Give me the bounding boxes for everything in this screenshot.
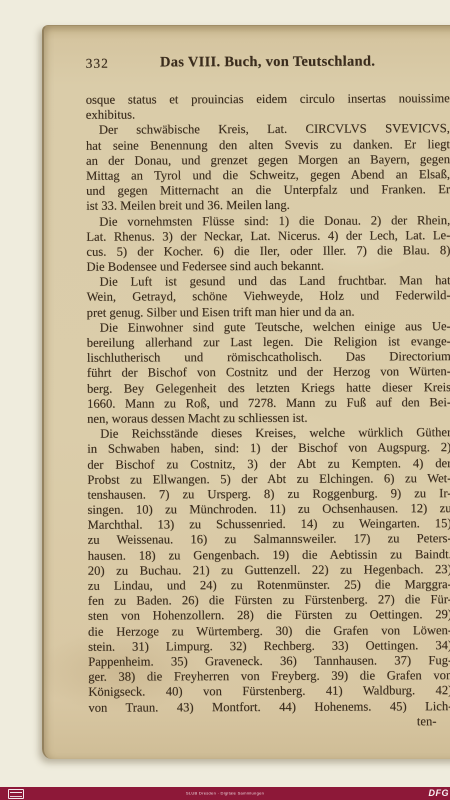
- body-line: osque status et prouincias eidem circulo…: [86, 91, 450, 108]
- page-content: 332 Das VIII. Buch, von Teutschland. osq…: [42, 25, 450, 759]
- body-line: zu Weissenau. 16) zu Salmannsweiler. 17)…: [88, 532, 450, 549]
- text-column: osque status et prouincias eidem circulo…: [86, 91, 450, 730]
- body-line: die Herzoge zu Würtemberg. 30) die Grafe…: [88, 623, 450, 640]
- body-line: hausen. 18) zu Gengenbach. 19) die Aebti…: [88, 547, 450, 564]
- watermark-text: SLUB Dresden · Digitale Sammlungen: [124, 791, 327, 797]
- body-line: Königseck. 40) von Fürstenberg. 41) Wald…: [88, 683, 450, 700]
- body-line: an der Donau, und grenzet gegen Morgen a…: [86, 152, 450, 169]
- body-line: fen zu Baden. 26) die Fürsten zu Fürsten…: [88, 592, 450, 609]
- body-line: stein. 31) Limpurg. 32) Rechberg. 33) Oe…: [88, 638, 450, 655]
- body-line: Der schwäbische Kreis, Lat. CIRCVLVS SVE…: [86, 122, 450, 139]
- body-line: und gegen Mitternacht an die Unterpfalz …: [86, 182, 450, 199]
- dfg-logo-icon: DFG: [429, 788, 450, 798]
- body-line: singen. 10) zu Münchroden. 11) zu Ochsen…: [87, 501, 450, 518]
- body-line: führt der Bischof von Costnitz und der H…: [87, 365, 450, 382]
- body-line: Die Reichsstände dieses Kreises, welche …: [87, 425, 450, 442]
- body-line: pret genug. Silber und Eisen trift man h…: [87, 304, 450, 321]
- body-line: berg. Bey Gelegenheit des letzten Kriegs…: [87, 380, 450, 397]
- body-line: 20) zu Buchau. 21) zu Guttenzell. 22) zu…: [88, 562, 450, 579]
- body-line: Wein, Getrayd, schöne Viehweyde, Holz un…: [87, 289, 450, 306]
- body-line: Die Luft ist gesund und das Land fruchtb…: [86, 273, 450, 290]
- library-logo-icon: [8, 789, 24, 799]
- body-line: 1660. Mann zu Roß, und 7278. Mann zu Fuß…: [87, 395, 450, 412]
- body-line: Probst zu Ellwangen. 5) der Abt zu Elchi…: [87, 471, 450, 488]
- body-line: Die Bodensee und Federsee sind auch beka…: [86, 258, 450, 275]
- body-line: Die Einwohner sind gute Teutsche, welche…: [87, 319, 450, 336]
- body-line: der Bischof zu Costnitz, 3) der Abt zu K…: [87, 456, 450, 473]
- body-line: lischlutherisch und römischcatholisch. D…: [87, 349, 450, 366]
- catchword: ten-: [88, 714, 450, 731]
- body-line: Pappenheim. 35) Graveneck. 36) Tannhause…: [88, 653, 450, 670]
- body-line: cus. 5) der Kocher. 6) die Iler, oder Il…: [86, 243, 450, 260]
- body-line: Mittag an Tyrol und die Schweitz, gegen …: [86, 167, 450, 184]
- body-line: bereilung allerhand zur Last legen. Die …: [87, 334, 450, 351]
- body-line: sten von Hohenzollern. 28) die Fürsten z…: [88, 608, 450, 625]
- body-line: Marchthal. 13) zu Schussenried. 14) zu W…: [88, 516, 450, 533]
- body-line: nen, woraus dessen Macht zu schliessen i…: [87, 410, 450, 427]
- body-line: zu Lindau, und 24) zu Rotenmünster. 25) …: [88, 577, 450, 594]
- body-line: von Traun. 43) Montfort. 44) Hohenems. 4…: [88, 699, 450, 716]
- digitization-watermark-bar: SLUB Dresden · Digitale Sammlungen DFG: [0, 787, 450, 800]
- body-line: tenshausen. 7) zu Ursperg. 8) zu Roggenb…: [87, 486, 450, 503]
- body-line: ist 33. Meilen breit und 36. Meilen lang…: [86, 197, 450, 214]
- book-page: 332 Das VIII. Buch, von Teutschland. osq…: [42, 25, 450, 759]
- body-line: hat seine Benennung den alten Svevis zu …: [86, 137, 450, 154]
- body-line: Lat. Rhenus. 3) der Neckar, Lat. Nicerus…: [86, 228, 450, 245]
- running-header: Das VIII. Buch, von Teutschland.: [86, 53, 450, 72]
- scanned-book-page-viewer: 332 Das VIII. Buch, von Teutschland. osq…: [0, 0, 450, 800]
- body-line: exhibitus.: [86, 106, 450, 123]
- body-line: Die vornehmsten Flüsse sind: 1) die Dona…: [86, 213, 450, 230]
- body-line: ger. 38) die Freyherren von Freyberg. 39…: [88, 668, 450, 685]
- body-line: in Schwaben haben, sind: 1) der Bischof …: [87, 440, 450, 457]
